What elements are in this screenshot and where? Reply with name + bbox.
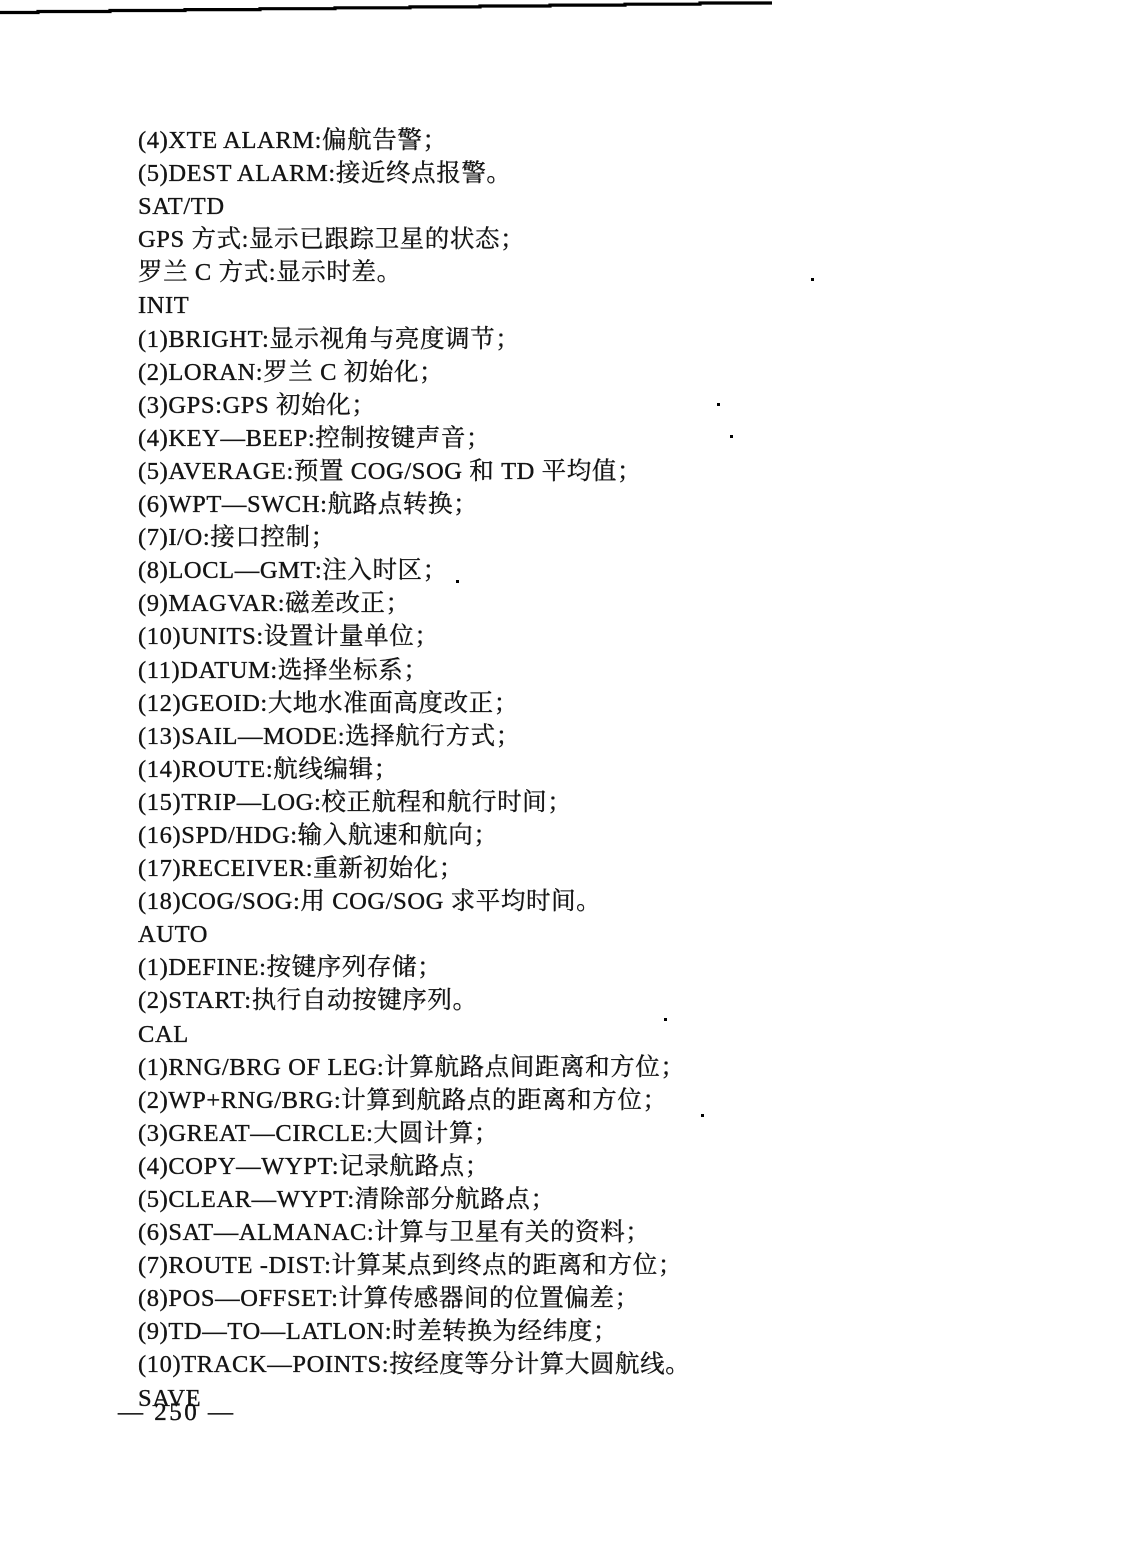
- manual-item-line: (2)START:执行自动按键序列。: [138, 984, 690, 1017]
- manual-item-line: (3)GPS:GPS 初始化；: [138, 389, 690, 422]
- manual-item-line: (18)COG/SOG:用 COG/SOG 求平均时间。: [138, 885, 690, 918]
- manual-item-line: (13)SAIL—MODE:选择航行方式；: [138, 720, 690, 753]
- manual-item-line: (10)UNITS:设置计量单位；: [138, 620, 690, 653]
- manual-item-line: (6)SAT—ALMANAC:计算与卫星有关的资料；: [138, 1216, 690, 1249]
- page-number: — 250 —: [118, 1399, 236, 1427]
- manual-item-line: 罗兰 C 方式:显示时差。: [138, 256, 690, 289]
- manual-item-line: GPS 方式:显示已跟踪卫星的状态；: [138, 223, 690, 256]
- manual-item-line: (1)RNG/BRG OF LEG:计算航路点间距离和方位；: [138, 1051, 690, 1084]
- manual-item-line: (16)SPD/HDG:输入航速和航向；: [138, 819, 690, 852]
- scan-speck: [811, 278, 814, 281]
- manual-item-line: (4)XTE ALARM:偏航告警；: [138, 124, 690, 157]
- manual-item-line: (2)LORAN:罗兰 C 初始化；: [138, 356, 690, 389]
- manual-item-line: (14)ROUTE:航线编辑；: [138, 753, 690, 786]
- scan-speck: [701, 1114, 704, 1117]
- scanned-page: (4)XTE ALARM:偏航告警；(5)DEST ALARM:接近终点报警。S…: [0, 0, 1122, 1568]
- scan-speck: [456, 580, 459, 583]
- manual-item-line: (5)DEST ALARM:接近终点报警。: [138, 157, 690, 190]
- section-header-line: CAL: [138, 1018, 690, 1051]
- manual-item-line: (3)GREAT—CIRCLE:大圆计算；: [138, 1117, 690, 1150]
- manual-item-line: (5)AVERAGE:预置 COG/SOG 和 TD 平均值；: [138, 455, 690, 488]
- scan-speck: [717, 403, 720, 406]
- manual-item-line: (9)TD—TO—LATLON:时差转换为经纬度；: [138, 1315, 690, 1348]
- manual-item-line: (12)GEOID:大地水准面高度改正；: [138, 687, 690, 720]
- manual-text-block: (4)XTE ALARM:偏航告警；(5)DEST ALARM:接近终点报警。S…: [138, 124, 690, 1415]
- manual-item-line: (1)DEFINE:按键序列存储；: [138, 951, 690, 984]
- manual-item-line: (11)DATUM:选择坐标系；: [138, 654, 690, 687]
- manual-item-line: (4)COPY—WYPT:记录航路点；: [138, 1150, 690, 1183]
- manual-item-line: (10)TRACK—POINTS:按经度等分计算大圆航线。: [138, 1348, 690, 1381]
- manual-item-line: (2)WP+RNG/BRG:计算到航路点的距离和方位；: [138, 1084, 690, 1117]
- manual-item-line: (5)CLEAR—WYPT:清除部分航路点；: [138, 1183, 690, 1216]
- manual-item-line: (8)LOCL—GMT:注入时区；: [138, 554, 690, 587]
- manual-item-line: (6)WPT—SWCH:航路点转换；: [138, 488, 690, 521]
- scan-speck: [664, 1018, 667, 1021]
- manual-item-line: (9)MAGVAR:磁差改正；: [138, 587, 690, 620]
- manual-item-line: (1)BRIGHT:显示视角与亮度调节；: [138, 323, 690, 356]
- section-header-line: SAT/TD: [138, 190, 690, 223]
- section-header-line: INIT: [138, 289, 690, 322]
- scan-speck: [730, 435, 733, 438]
- manual-item-line: (7)I/O:接口控制；: [138, 521, 690, 554]
- manual-item-line: (8)POS—OFFSET:计算传感器间的位置偏差；: [138, 1282, 690, 1315]
- section-header-line: AUTO: [138, 918, 690, 951]
- manual-item-line: (15)TRIP—LOG:校正航程和航行时间；: [138, 786, 690, 819]
- manual-item-line: (4)KEY—BEEP:控制按键声音；: [138, 422, 690, 455]
- scan-edge-artifact: [0, 0, 800, 22]
- manual-item-line: (17)RECEIVER:重新初始化；: [138, 852, 690, 885]
- manual-item-line: (7)ROUTE -DIST:计算某点到终点的距离和方位；: [138, 1249, 690, 1282]
